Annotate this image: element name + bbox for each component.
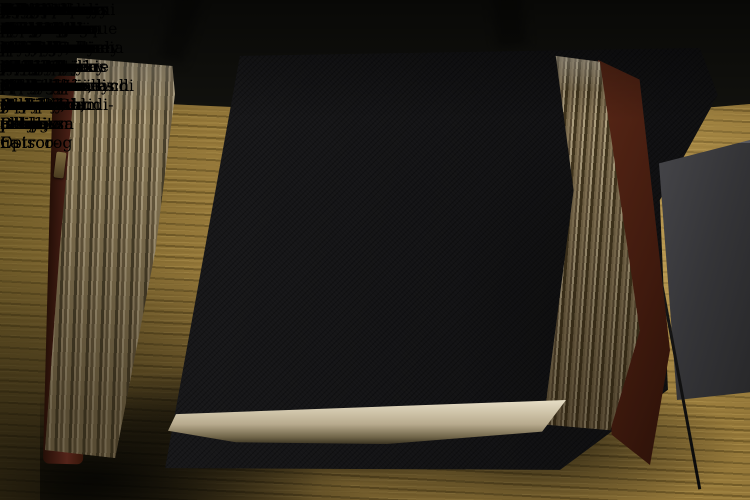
top-vignette <box>0 0 750 120</box>
photo-open-manuscript-scene: 23 m pro viqua sum, Gali sua d onea nich… <box>0 0 750 500</box>
